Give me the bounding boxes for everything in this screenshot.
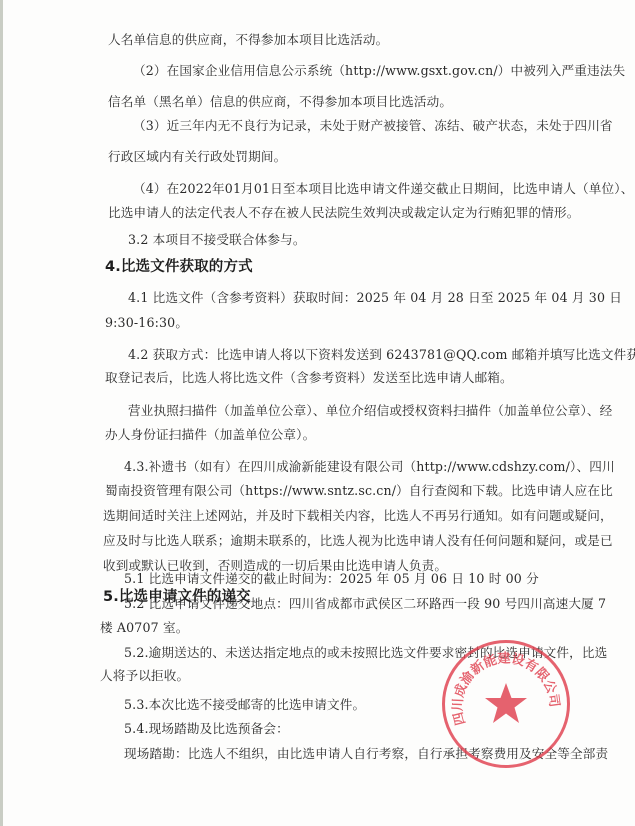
text-line: 楼 A0707 室。 — [100, 620, 188, 636]
text-line: 5.2 比选申请文件递交地点：四川省成都市武侯区二环路西一段 90 号四川高速大… — [124, 596, 606, 612]
text-line: 行政区域内有关行政处罚期间。 — [108, 149, 286, 165]
text-line: 办人身份证扫描件（加盖单位公章）。 — [105, 427, 315, 443]
text-line: 5.1 比选申请文件递交的截止时间为：2025 年 05 月 06 日 10 时… — [124, 571, 539, 587]
text-line: 5.4.现场踏勘及比选预备会： — [124, 721, 289, 737]
text-line: （4）在2022年01月01日至本项目比选申请文件递交截止日期间，比选申请人（单… — [133, 181, 633, 197]
text-line: 蜀南投资管理有限公司（https://www.sntz.sc.cn/）自行查阅和… — [105, 483, 613, 499]
text-line: 营业执照扫描件（加盖单位公章）、单位介绍信或授权资料扫描件（加盖单位公章）、经 — [128, 403, 612, 419]
text-line: （3）近三年内无不良行为记录，未处于财产被接管、冻结、破产状态，未处于四川省 — [133, 118, 613, 134]
text-line: 人将予以拒收。 — [100, 668, 189, 684]
text-line: 应及时与比选人联系；逾期未联系的，比选人视为比选申请人没有任何问题和疑问，或是已 — [103, 533, 613, 549]
text-line: 4.1 比选文件（含参考资料）获取时间：2025 年 04 月 28 日至 20… — [128, 290, 622, 306]
document-page: 人名单信息的供应商，不得参加本项目比选活动。 （2）在国家企业信用信息公示系统（… — [0, 0, 635, 826]
text-line: 4.3.补遗书（如有）在四川成渝新能建设有限公司（http://www.cdsh… — [124, 459, 615, 475]
text-line: 9:30-16:30。 — [105, 315, 188, 331]
text-line: 选期间适时关注上述网站，并及时下载相关内容，比选人不再另行通知。如有问题或疑问， — [103, 508, 613, 524]
text-line: 4.2 获取方式：比选申请人将以下资料发送到 6243781@QQ.com 邮箱… — [128, 347, 635, 363]
section-heading-4: 4.比选文件获取的方式 — [105, 259, 253, 275]
text-line: 5.3.本次比选不接受邮寄的比选申请文件。 — [124, 697, 365, 713]
company-seal: 四川成渝新能建设有限公司 — [442, 640, 570, 768]
text-line: （2）在国家企业信用信息公示系统（http://www.gsxt.gov.cn/… — [133, 63, 625, 79]
text-line: 人名单信息的供应商，不得参加本项目比选活动。 — [108, 32, 388, 48]
text-line: 信名单（黑名单）信息的供应商，不得参加本项目比选活动。 — [108, 94, 452, 110]
text-line: 3.2 本项目不接受联合体参与。 — [128, 232, 306, 248]
text-line: 取登记表后，比选人将比选文件（含参考资料）发送至比选申请人邮箱。 — [105, 370, 513, 386]
text-line: 比选申请人的法定代表人不存在被人民法院生效判决或裁定认定为行贿犯罪的情形。 — [108, 205, 580, 221]
seal-star-icon: 四川成渝新能建设有限公司 — [445, 643, 567, 765]
